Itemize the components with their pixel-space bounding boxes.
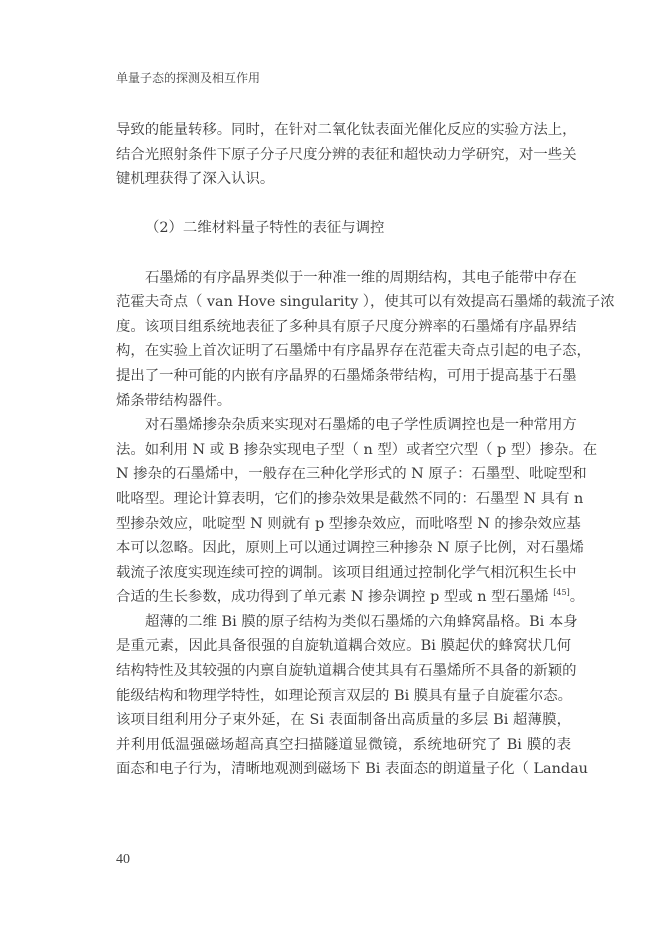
text-line: 型掺杂效应，吡啶型 N 则就有 p 型掺杂效应，而吡咯型 N 的掺杂效应基 [116, 512, 571, 537]
text-line: 载流子浓度实现连续可控的调制。该项目组通过控制化学气相沉积生长中 [116, 561, 571, 586]
text-line: 超薄的二维 Bi 膜的原子结构为类似石墨烯的六角蜂窝晶格。Bi 本身 [116, 610, 571, 635]
running-head: 单量子态的探测及相互作用 [116, 69, 260, 86]
text-line: 键机理获得了深入认识。 [116, 167, 571, 192]
text-line: 导致的能量转移。同时，在针对二氧化钛表面光催化反应的实验方法上， [116, 118, 571, 143]
citation-ref[interactable]: [45] [553, 588, 569, 597]
text-segment: 合适的生长参数，成功得到了单元素 N 掺杂调控 p 型或 n 型石墨烯 [116, 589, 549, 605]
text-segment: 。 [570, 589, 584, 605]
text-line: 度。该项目组系统地表征了多种具有原子尺度分辨率的石墨烯有序晶界结 [116, 315, 571, 340]
text-line: 提出了一种可能的内嵌有序晶界的石墨烯条带结构，可用于提高基于石墨 [116, 364, 571, 389]
text-line: 并利用低温强磁场超高真空扫描隧道显微镜，系统地研究了 Bi 膜的表 [116, 733, 571, 758]
text-line: 面态和电子行为，清晰地观测到磁场下 Bi 表面态的朗道量子化（ Landau [116, 757, 571, 782]
text-line-with-citation: 合适的生长参数，成功得到了单元素 N 掺杂调控 p 型或 n 型石墨烯 [45]… [116, 585, 571, 610]
text-line: 石墨烯的有序晶界类似于一种准一维的周期结构，其电子能带中存在 [116, 266, 571, 291]
section-heading: （2）二维材料量子特性的表征与调控 [116, 216, 571, 241]
page-number: 40 [116, 852, 130, 868]
text-line: 对石墨烯掺杂杂质来实现对石墨烯的电子学性质调控也是一种常用方 [116, 413, 571, 438]
text-line: N 掺杂的石墨烯中，一般存在三种化学形式的 N 原子：石墨型、吡啶型和 [116, 462, 571, 487]
text-line: 结构特性及其较强的内禀自旋轨道耦合使其具有石墨烯所不具备的新颖的 [116, 659, 571, 684]
text-line: 构，在实验上首次证明了石墨烯中有序晶界存在范霍夫奇点引起的电子态， [116, 339, 571, 364]
body-text: 导致的能量转移。同时，在针对二氧化钛表面光催化反应的实验方法上， 结合光照射条件… [116, 118, 571, 782]
text-line: 能级结构和物理学特性，如理论预言双层的 Bi 膜具有量子自旋霍尔态。 [116, 684, 571, 709]
text-line: 本可以忽略。因此，原则上可以通过调控三种掺杂 N 原子比例，对石墨烯 [116, 536, 571, 561]
text-line: 结合光照射条件下原子分子尺度分辨的表征和超快动力学研究，对一些关 [116, 143, 571, 168]
spacer [116, 241, 571, 266]
text-line: 是重元素，因此具备很强的自旋轨道耦合效应。Bi 膜起伏的蜂窝状几何 [116, 634, 571, 659]
text-line: 法。如利用 N 或 B 掺杂实现电子型（ n 型）或者空穴型（ p 型）掺杂。在 [116, 438, 571, 463]
spacer [116, 192, 571, 217]
text-line: 烯条带结构器件。 [116, 389, 571, 414]
text-line: 吡咯型。理论计算表明，它们的掺杂效果是截然不同的：石墨型 N 具有 n [116, 487, 571, 512]
text-line: 范霍夫奇点（ van Hove singularity ），使其可以有效提高石墨… [116, 290, 571, 315]
text-line: 该项目组利用分子束外延，在 Si 表面制备出高质量的多层 Bi 超薄膜， [116, 708, 571, 733]
